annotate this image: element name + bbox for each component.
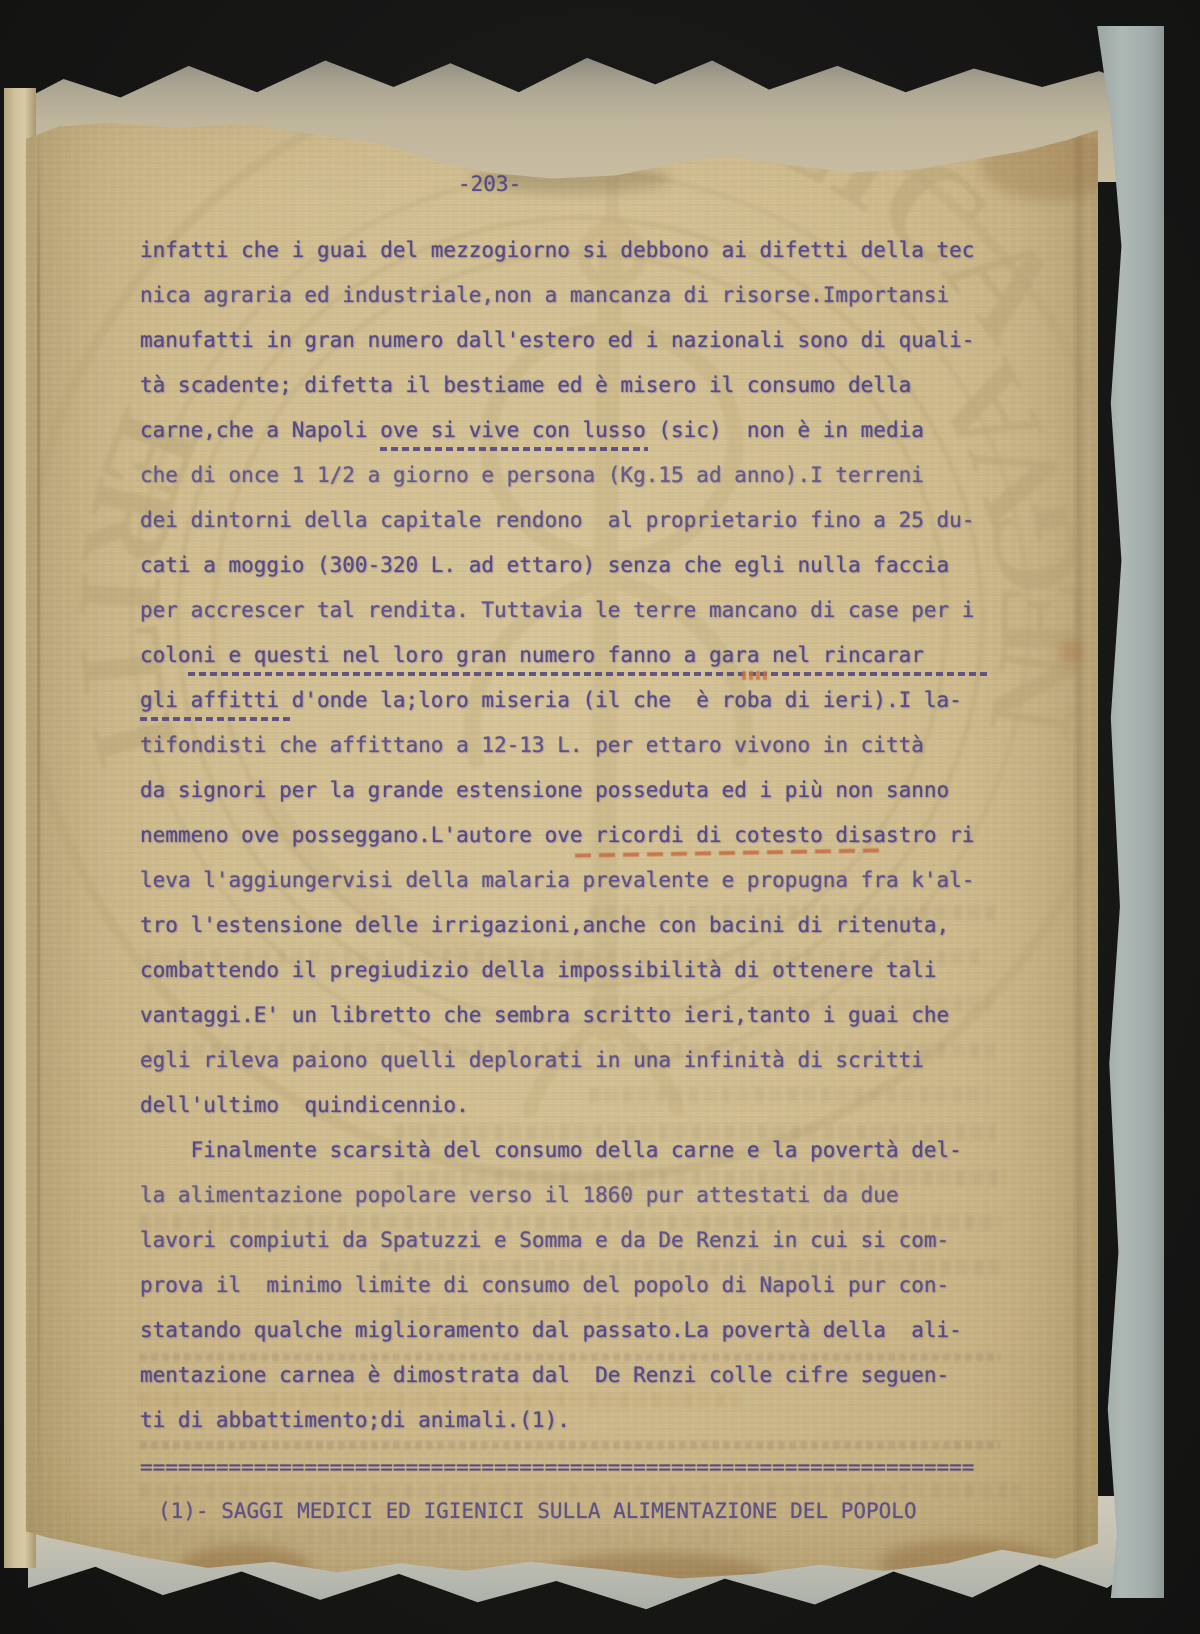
- typed-underline: [380, 447, 648, 451]
- stain: [1060, 640, 1080, 666]
- underlying-page-edge: [1088, 26, 1164, 1598]
- footnote-line: (1)- SAGGI MEDICI ED IGIENICI SULLA ALIM…: [158, 1489, 917, 1534]
- typed-line: egli rileva paiono quelli deplorati in u…: [140, 1038, 1020, 1083]
- typed-line: dei dintorni della capitale rendono al p…: [140, 498, 1020, 543]
- scan-background: PVBLICA A V G E N E R I T I: [0, 0, 1200, 1634]
- typed-line: manufatti in gran numero dall'estero ed …: [140, 318, 1020, 363]
- footnote-separator: ========================================…: [140, 1445, 992, 1490]
- paper-crease: [37, 120, 40, 1520]
- typed-line: vantaggi.E' un libretto che sembra scrit…: [140, 993, 1020, 1038]
- typed-line: ti di abbattimento;di animali.(1).: [140, 1398, 1020, 1443]
- typed-line: tro l'estensione delle irrigazioni,anche…: [140, 903, 1020, 948]
- typed-line: che di once 1 1/2 a giorno e persona (Kg…: [140, 453, 1020, 498]
- typed-line: nica agraria ed industriale,non a mancan…: [140, 273, 1020, 318]
- typed-line: Finalmente scarsità del consumo della ca…: [140, 1128, 1020, 1173]
- typed-line: lavori compiuti da Spatuzzi e Somma e da…: [140, 1218, 1020, 1263]
- typed-line: leva l'aggiungervisi della malaria preva…: [140, 858, 1020, 903]
- typed-line: da signori per la grande estensione poss…: [140, 768, 1020, 813]
- typed-line: combattendo il pregiudizio della impossi…: [140, 948, 1020, 993]
- typed-line: statando qualche miglioramento dal passa…: [140, 1308, 1020, 1353]
- typed-line: per accrescer tal rendita. Tuttavia le t…: [140, 588, 1020, 633]
- typed-line: cati a moggio (300-320 L. ad ettaro) sen…: [140, 543, 1020, 588]
- typed-line: la alimentazione popolare verso il 1860 …: [140, 1173, 1020, 1218]
- typed-line: prova il minimo limite di consumo del po…: [140, 1263, 1020, 1308]
- typed-underline: [188, 672, 988, 676]
- typed-line: tifondisti che affittano a 12-13 L. per …: [140, 723, 1020, 768]
- typed-text-block: infatti che i guai del mezzogiorno si de…: [140, 228, 1020, 1443]
- red-pencil-note: [742, 671, 768, 680]
- typed-underline: [140, 717, 292, 721]
- typed-line: dell'ultimo quindicennio.: [140, 1083, 1020, 1128]
- typed-line: infatti che i guai del mezzogiorno si de…: [140, 228, 1020, 273]
- typed-line: tà scadente; difetta il bestiame ed è mi…: [140, 363, 1020, 408]
- paper-crease-right: [1072, 100, 1082, 1560]
- typed-line: nemmeno ove posseggano.L'autore ove rico…: [140, 813, 1020, 858]
- typed-line: mentazione carnea è dimostrata dal De Re…: [140, 1353, 1020, 1398]
- page-content: PVBLICA A V G E N E R I T I: [26, 60, 1098, 1580]
